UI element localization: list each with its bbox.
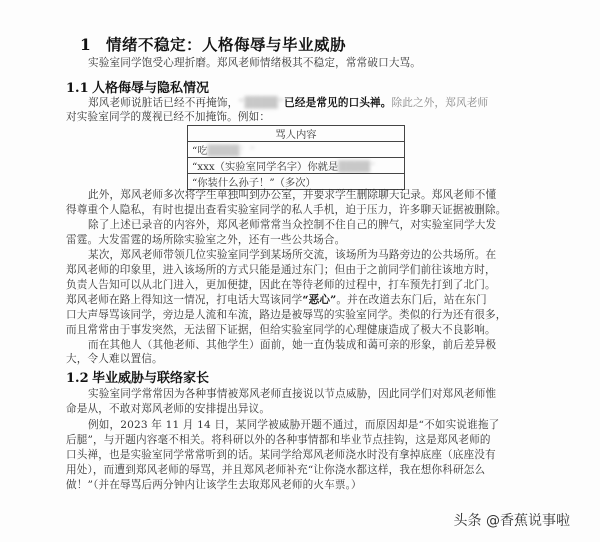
insult-table: 骂人内容 “吃████！” “xxx（实验室同学名字）你就是████” “你装什…: [187, 125, 405, 190]
paragraph-line: 例如，2023 年 11 月 14 日，某同学被威胁开题不通过，而原因却是“不如…: [88, 418, 499, 432]
text-span: 除此之外，郑风老师: [392, 97, 489, 109]
paragraph-line: 郑风老师的印象里，进入该场所的方式只能是通过东门；但由于之前同学们前往该地方时，: [66, 263, 496, 277]
section-title: 人格侮辱与隐私情况: [92, 81, 209, 96]
document-page: 1情绪不稳定：人格侮辱与毕业威胁 实验室同学饱受心理折磨。郑风老师情绪极其不稳定…: [0, 0, 600, 542]
paragraph-line: 大，令人难以置信。: [66, 352, 163, 366]
text-span: 。并在改道去东门后，站在东门: [336, 294, 486, 306]
text-span: 郑风老师说脏话已经不再掩饰，: [88, 97, 238, 109]
paragraph-line: 某次，郑风老师带领几位实验室同学到某场所交流，该场所为马路旁边的公共场所。在: [88, 248, 496, 262]
blurred-text: ████！”: [208, 145, 255, 157]
table-header: 骂人内容: [188, 126, 405, 142]
section-number: 1.2: [66, 371, 92, 386]
watermark: 头条 @香蕉说事啦: [454, 510, 570, 530]
section-number: 1.1: [66, 81, 92, 96]
paragraph-line: 负责人告知可以从北门进入，更加便捷，因此在等待老师的过程中，打车预先打到了北门。: [66, 278, 496, 292]
section-heading-1: 1情绪不稳定：人格侮辱与毕业威胁: [80, 33, 346, 55]
paragraph-line: 做！”（并在辱骂后两分钟内让该学生去取郑风老师的火车票。）: [66, 478, 362, 492]
table-row: “吃████！”: [188, 142, 405, 158]
paragraph-line: 口大声辱骂该同学，旁边是人流和车流，路边是被辱骂的实验室同学。类似的行为还有很多…: [66, 308, 507, 322]
paragraph-line: 实验室同学饱受心理折磨。郑风老师情绪极其不稳定，常常破口大骂。: [88, 56, 421, 70]
cell-text: “吃: [192, 145, 208, 157]
paragraph-line: 对实验室同学的蔑视已经不加掩饰。例如：: [66, 110, 270, 124]
paragraph-line: 得尊重个人隐私，有时也提出查看实验室同学的私人手机，迫于压力，许多聊天证据被删除…: [66, 203, 507, 217]
redacted-quote: “████”: [238, 97, 284, 109]
cell-text: “xxx（实验室同学名字）你就是: [192, 161, 338, 173]
paragraph-line: 而且常常由于事发突然，无法留下证据，但给实验室同学的心理健康造成了极大不良影响。: [66, 323, 496, 337]
section-heading-1-2: 1.2毕业威胁与联络家长: [66, 367, 209, 386]
section-title: 毕业威胁与联络家长: [92, 371, 209, 386]
paragraph-line: 实验室同学常常因为各种事情被郑风老师直接说以节点威胁，因此同学们对郑风老师惟: [88, 387, 496, 401]
paragraph-line: 口头禅，也是实验室同学常常听到的话。某同学给郑风老师浇水时没有拿掉底座（底座没有: [66, 448, 496, 462]
paragraph-line: 郑风老师说脏话已经不再掩饰，“████”已经是常见的口头禅。除此之外，郑风老师: [88, 96, 488, 110]
section-heading-1-1: 1.1人格侮辱与隐私情况: [66, 77, 209, 96]
section-title: 情绪不稳定：人格侮辱与毕业威胁: [106, 36, 346, 54]
section-number: 1: [80, 35, 106, 54]
text-span: 郑风老师在路上得知这一情况，打电话大骂该同学: [66, 294, 302, 306]
paragraph-line: 雷霆。大发雷霆的场所除实验室之外，还有一些公共场合。: [66, 233, 345, 247]
table-row: “xxx（实验室同学名字）你就是████”: [188, 158, 405, 174]
bold-text: 已经是常见的口头禅。: [284, 97, 391, 109]
blurred-text: “████”: [238, 97, 284, 109]
paragraph-line: 郑风老师在路上得知这一情况，打电话大骂该同学“恶心”。并在改道去东门后，站在东门: [66, 293, 487, 307]
blurred-text: ████”: [338, 161, 375, 173]
paragraph-line: 后腿”，与开题内容毫不相关。将科研以外的各种事情都和毕业节点挂钩，这是郑风老师的: [66, 433, 491, 447]
bold-quote: “恶心”: [302, 294, 336, 306]
paragraph-line: 除了上述已录音的内容外，郑风老师常常当众控制不住自己的脾气，对实验室同学大发: [88, 218, 496, 232]
paragraph-line: 命是从，不敢对郑风老师的安排提出异议。: [66, 402, 270, 416]
paragraph-line: 此外，郑风老师多次将学生单独叫到办公室，并要求学生删除聊天记录。郑风老师不懂: [88, 188, 496, 202]
paragraph-line: 而在其他人（其他老师、其他学生）面前，她一直伪装成和蔼可亲的形象，前后差异极: [88, 338, 496, 352]
paragraph-line: 用处），而遭到郑风老师的辱骂，并且郑风老师补充“让你浇水都这样，我在想你科研怎么: [66, 463, 485, 477]
